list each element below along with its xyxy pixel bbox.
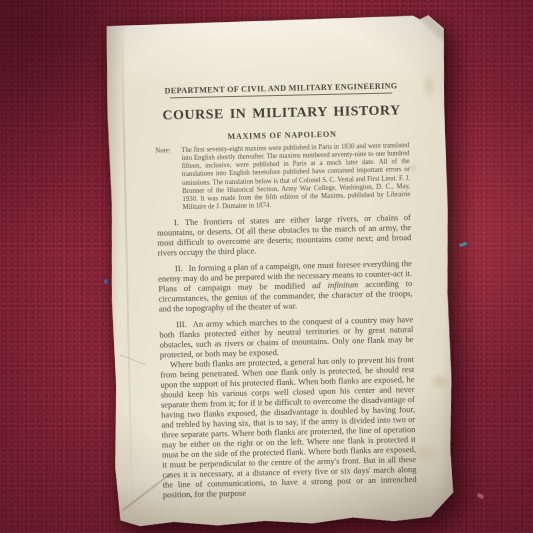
printed-text-column: DEPARTMENT OF CIVIL AND MILITARY ENGINEE…	[154, 81, 417, 500]
mid-left-crease	[120, 354, 147, 365]
pamphlet-page: DEPARTMENT OF CIVIL AND MILITARY ENGINEE…	[106, 14, 455, 527]
maxim-paragraph-3: III.An army which marches to the conques…	[159, 315, 414, 360]
maxim-text-3: An army which marches to the conquest of…	[159, 314, 413, 359]
note-block: Note: The first seventy-eight maxims wer…	[155, 142, 410, 213]
page-corner-fold	[414, 13, 445, 47]
note-label: Note:	[155, 147, 170, 155]
page-title: COURSE IN MILITARY HISTORY	[154, 103, 408, 125]
maxim-paragraph-2: II.In forming a plan of a campaign, one …	[158, 259, 413, 314]
left-edge-crease	[121, 21, 134, 527]
maxim-numeral-2: II.	[175, 263, 189, 273]
subtitle: MAXIMS OF NAPOLEON	[155, 128, 409, 143]
paper-stain	[428, 372, 450, 390]
maxim-numeral-1: I.	[174, 217, 185, 227]
maxim-paragraph-1: I.The frontiers of states are either lar…	[157, 213, 412, 258]
pamphlet-paper-wrap: DEPARTMENT OF CIVIL AND MILITARY ENGINEE…	[106, 14, 455, 527]
lint-speck-pink	[476, 493, 484, 500]
lint-speck-cyan	[459, 242, 468, 247]
paper-stain	[421, 73, 438, 101]
photo-background: DEPARTMENT OF CIVIL AND MILITARY ENGINEE…	[0, 0, 533, 533]
maxim-text-1: The frontiers of states are either large…	[157, 212, 411, 257]
maxim-numeral-3: III.	[176, 319, 193, 329]
note-text: The first seventy-eight maxims were publ…	[181, 142, 410, 211]
continuation-paragraph: Where both flanks are protected, a gener…	[160, 356, 417, 501]
lint-speck-blue	[104, 279, 108, 284]
